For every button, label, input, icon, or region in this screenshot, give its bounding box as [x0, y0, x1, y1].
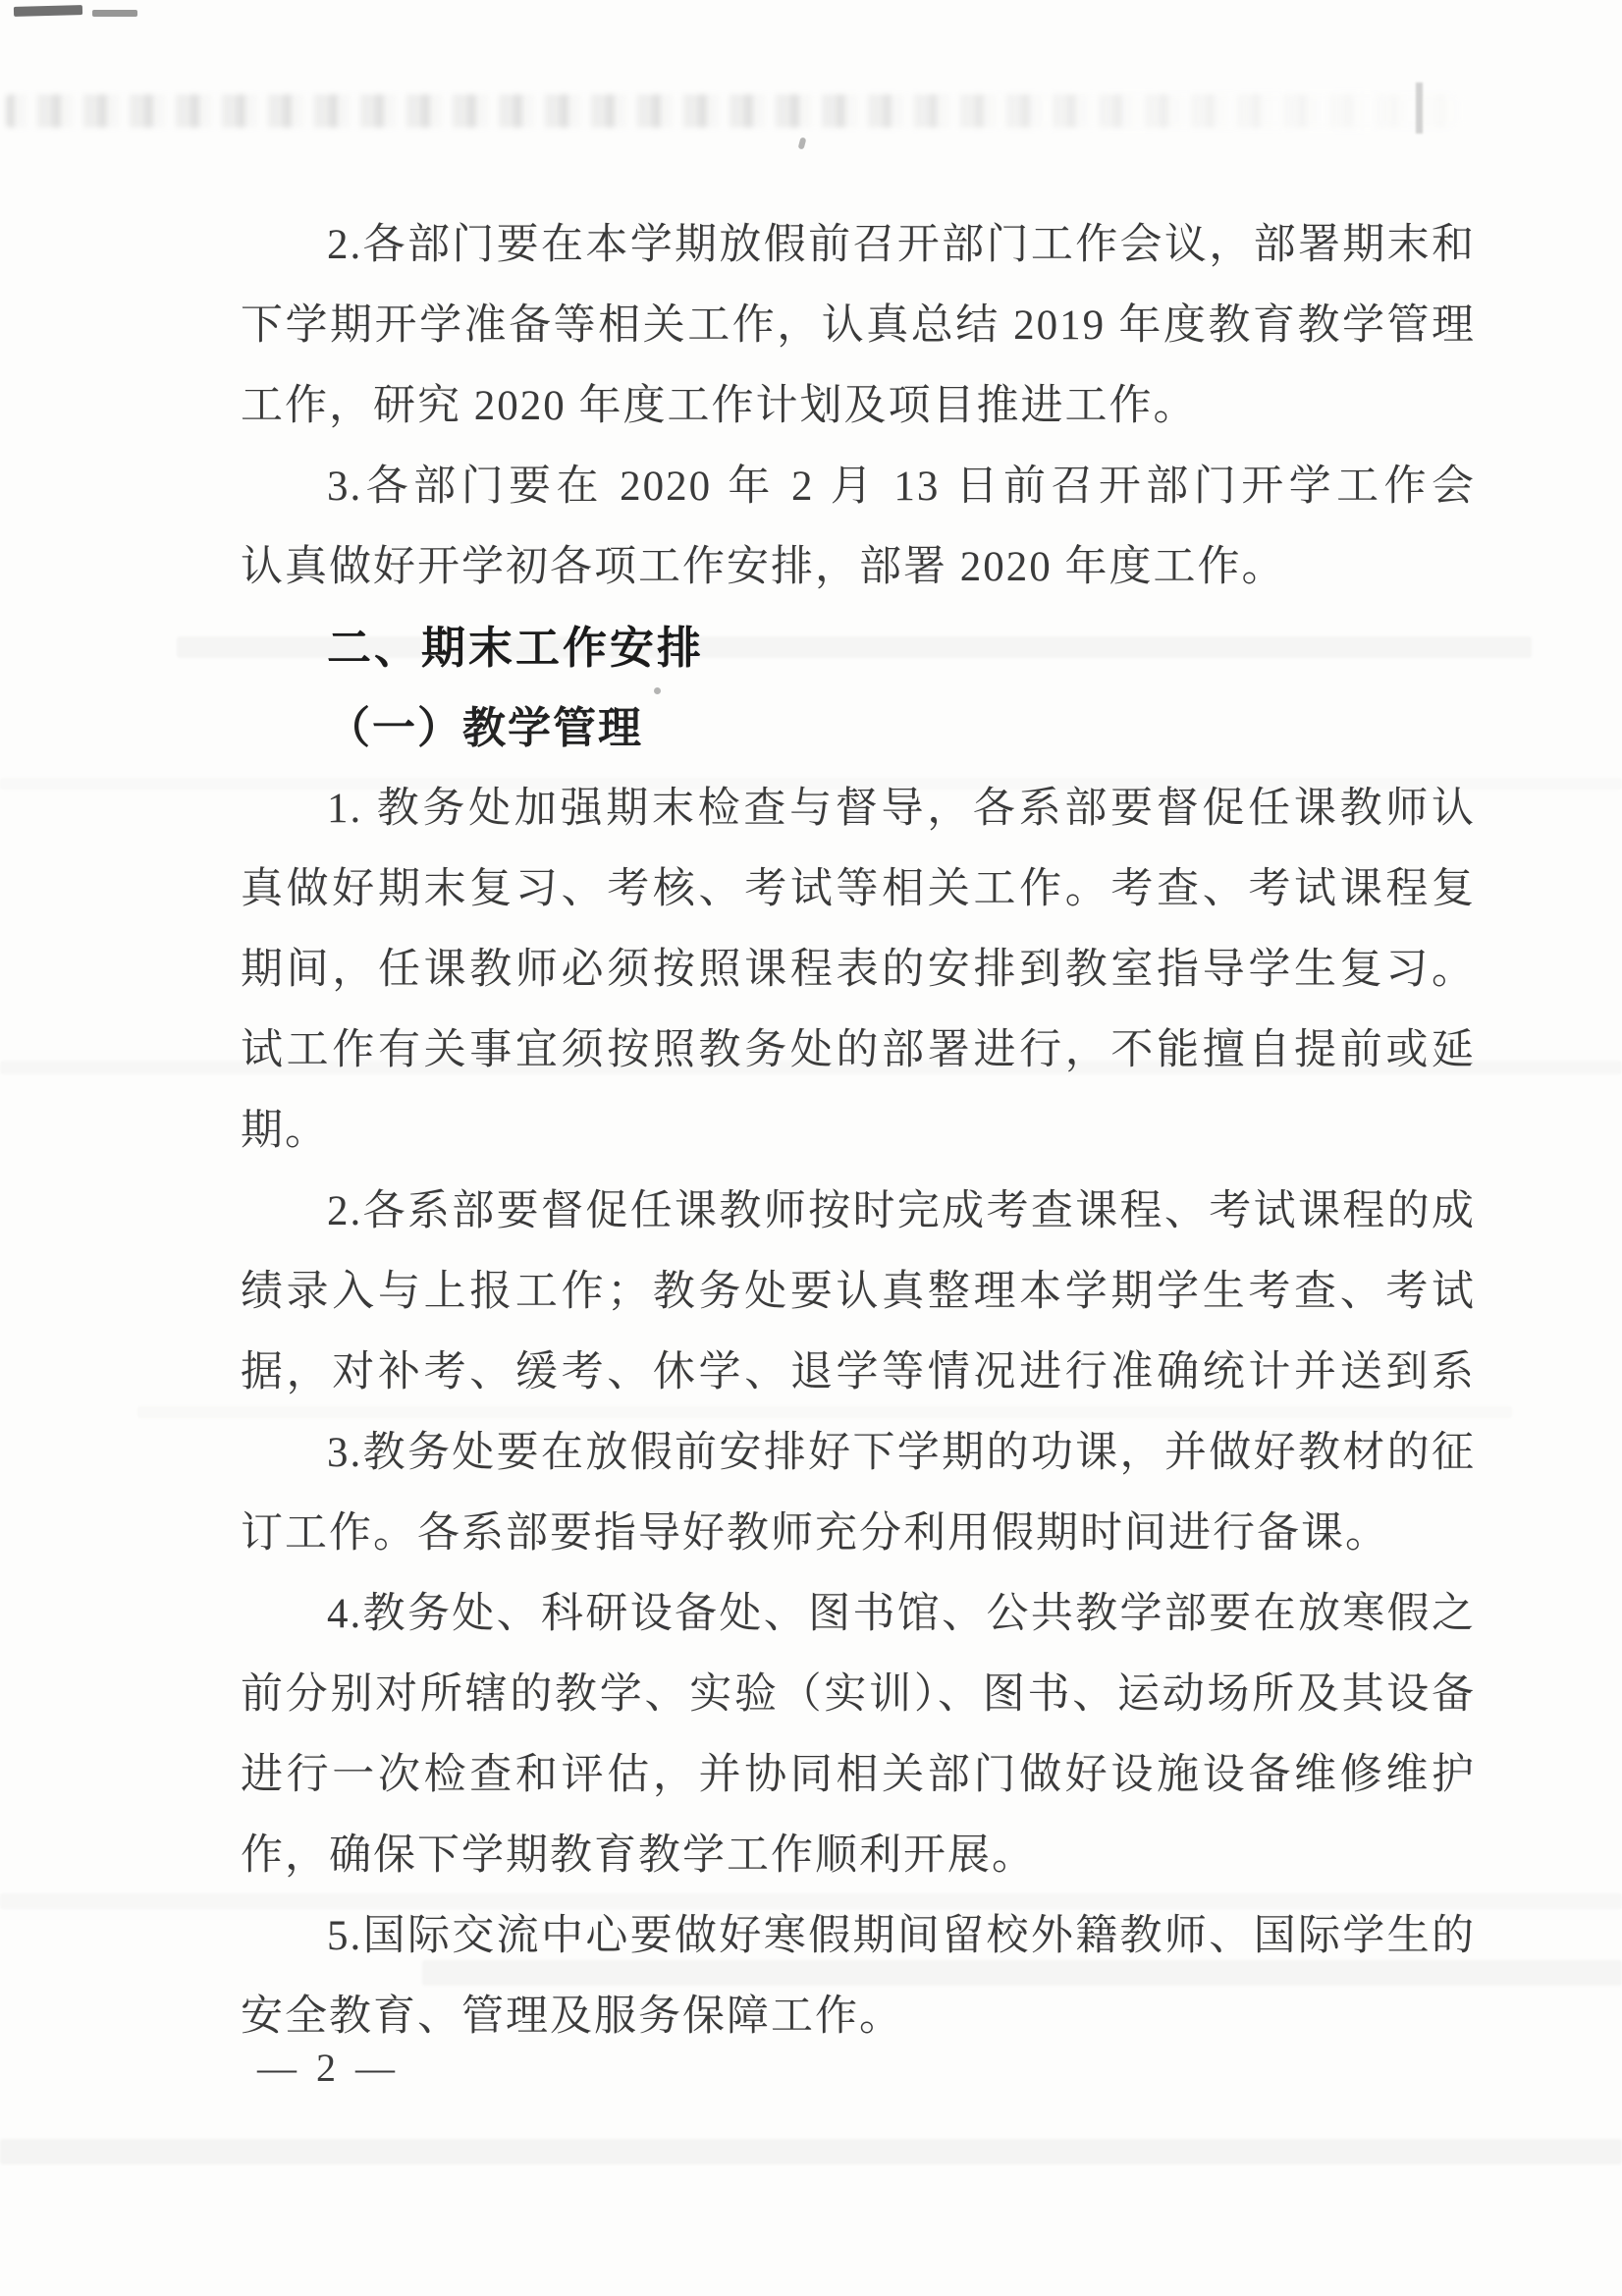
scan-artifact-ghost-band	[6, 94, 1461, 128]
doc-line-8: 1. 教务处加强期末检查与督导，各系部要督促任课教师认	[241, 769, 1476, 849]
doc-line-18: 4.教务处、科研设备处、图书馆、公共教学部要在放寒假之	[241, 1574, 1476, 1655]
document-body: 2.各部门要在本学期放假前召开部门工作会议，部署期末和 下学期开学准备等相关工作…	[241, 205, 1476, 2057]
scan-artifact-corner-mark	[92, 10, 137, 17]
scan-artifact-streak	[0, 2139, 1622, 2164]
doc-line-15: 据，对补考、缓考、休学、退学等情况进行准确统计并送到系部。	[241, 1333, 1476, 1413]
scan-artifact-speck	[798, 137, 807, 149]
doc-line-11: 试工作有关事宜须按照教务处的部署进行，不能擅自提前或延	[241, 1011, 1476, 1091]
doc-line-14: 绩录入与上报工作；教务处要认真整理本学期学生考查、考试数	[241, 1252, 1476, 1333]
doc-line-10: 期间，任课教师必须按照课程表的安排到教室指导学生复习。考	[241, 930, 1476, 1011]
doc-line-5: 认真做好开学初各项工作安排，部署 2020 年度工作。	[241, 527, 1476, 608]
subsection-heading: （一）教学管理	[241, 688, 1476, 769]
doc-line-20: 进行一次检查和评估，并协同相关部门做好设施设备维修维护工	[241, 1735, 1476, 1816]
doc-line-9: 真做好期末复习、考核、考试等相关工作。考查、考试课程复习	[241, 849, 1476, 930]
scan-artifact-tick	[1416, 82, 1423, 134]
doc-line-12: 期。	[241, 1091, 1476, 1172]
doc-line-17: 订工作。各系部要指导好教师充分利用假期时间进行备课。	[241, 1494, 1476, 1574]
doc-line-23: 安全教育、管理及服务保障工作。	[241, 1977, 1476, 2057]
doc-line-22: 5.国际交流中心要做好寒假期间留校外籍教师、国际学生的	[241, 1896, 1476, 1977]
section-heading: 二、期末工作安排	[241, 608, 1476, 688]
doc-line-19: 前分别对所辖的教学、实验（实训）、图书、运动场所及其设备	[241, 1655, 1476, 1735]
page-number: — 2 —	[257, 2041, 400, 2096]
doc-line-13: 2.各系部要督促任课教师按时完成考查课程、考试课程的成	[241, 1172, 1476, 1252]
doc-line-1: 2.各部门要在本学期放假前召开部门工作会议，部署期末和	[241, 205, 1476, 286]
doc-line-4: 3.各部门要在 2020 年 2 月 13 日前召开部门开学工作会议，	[241, 447, 1476, 527]
doc-line-16: 3.教务处要在放假前安排好下学期的功课，并做好教材的征	[241, 1413, 1476, 1494]
document-page: 2.各部门要在本学期放假前召开部门工作会议，部署期末和 下学期开学准备等相关工作…	[0, 0, 1622, 2296]
doc-line-21: 作，确保下学期教育教学工作顺利开展。	[241, 1816, 1476, 1896]
doc-line-2: 下学期开学准备等相关工作，认真总结 2019 年度教育教学管理	[241, 286, 1476, 366]
doc-line-3: 工作，研究 2020 年度工作计划及项目推进工作。	[241, 366, 1476, 447]
scan-artifact-corner-mark	[14, 5, 82, 17]
